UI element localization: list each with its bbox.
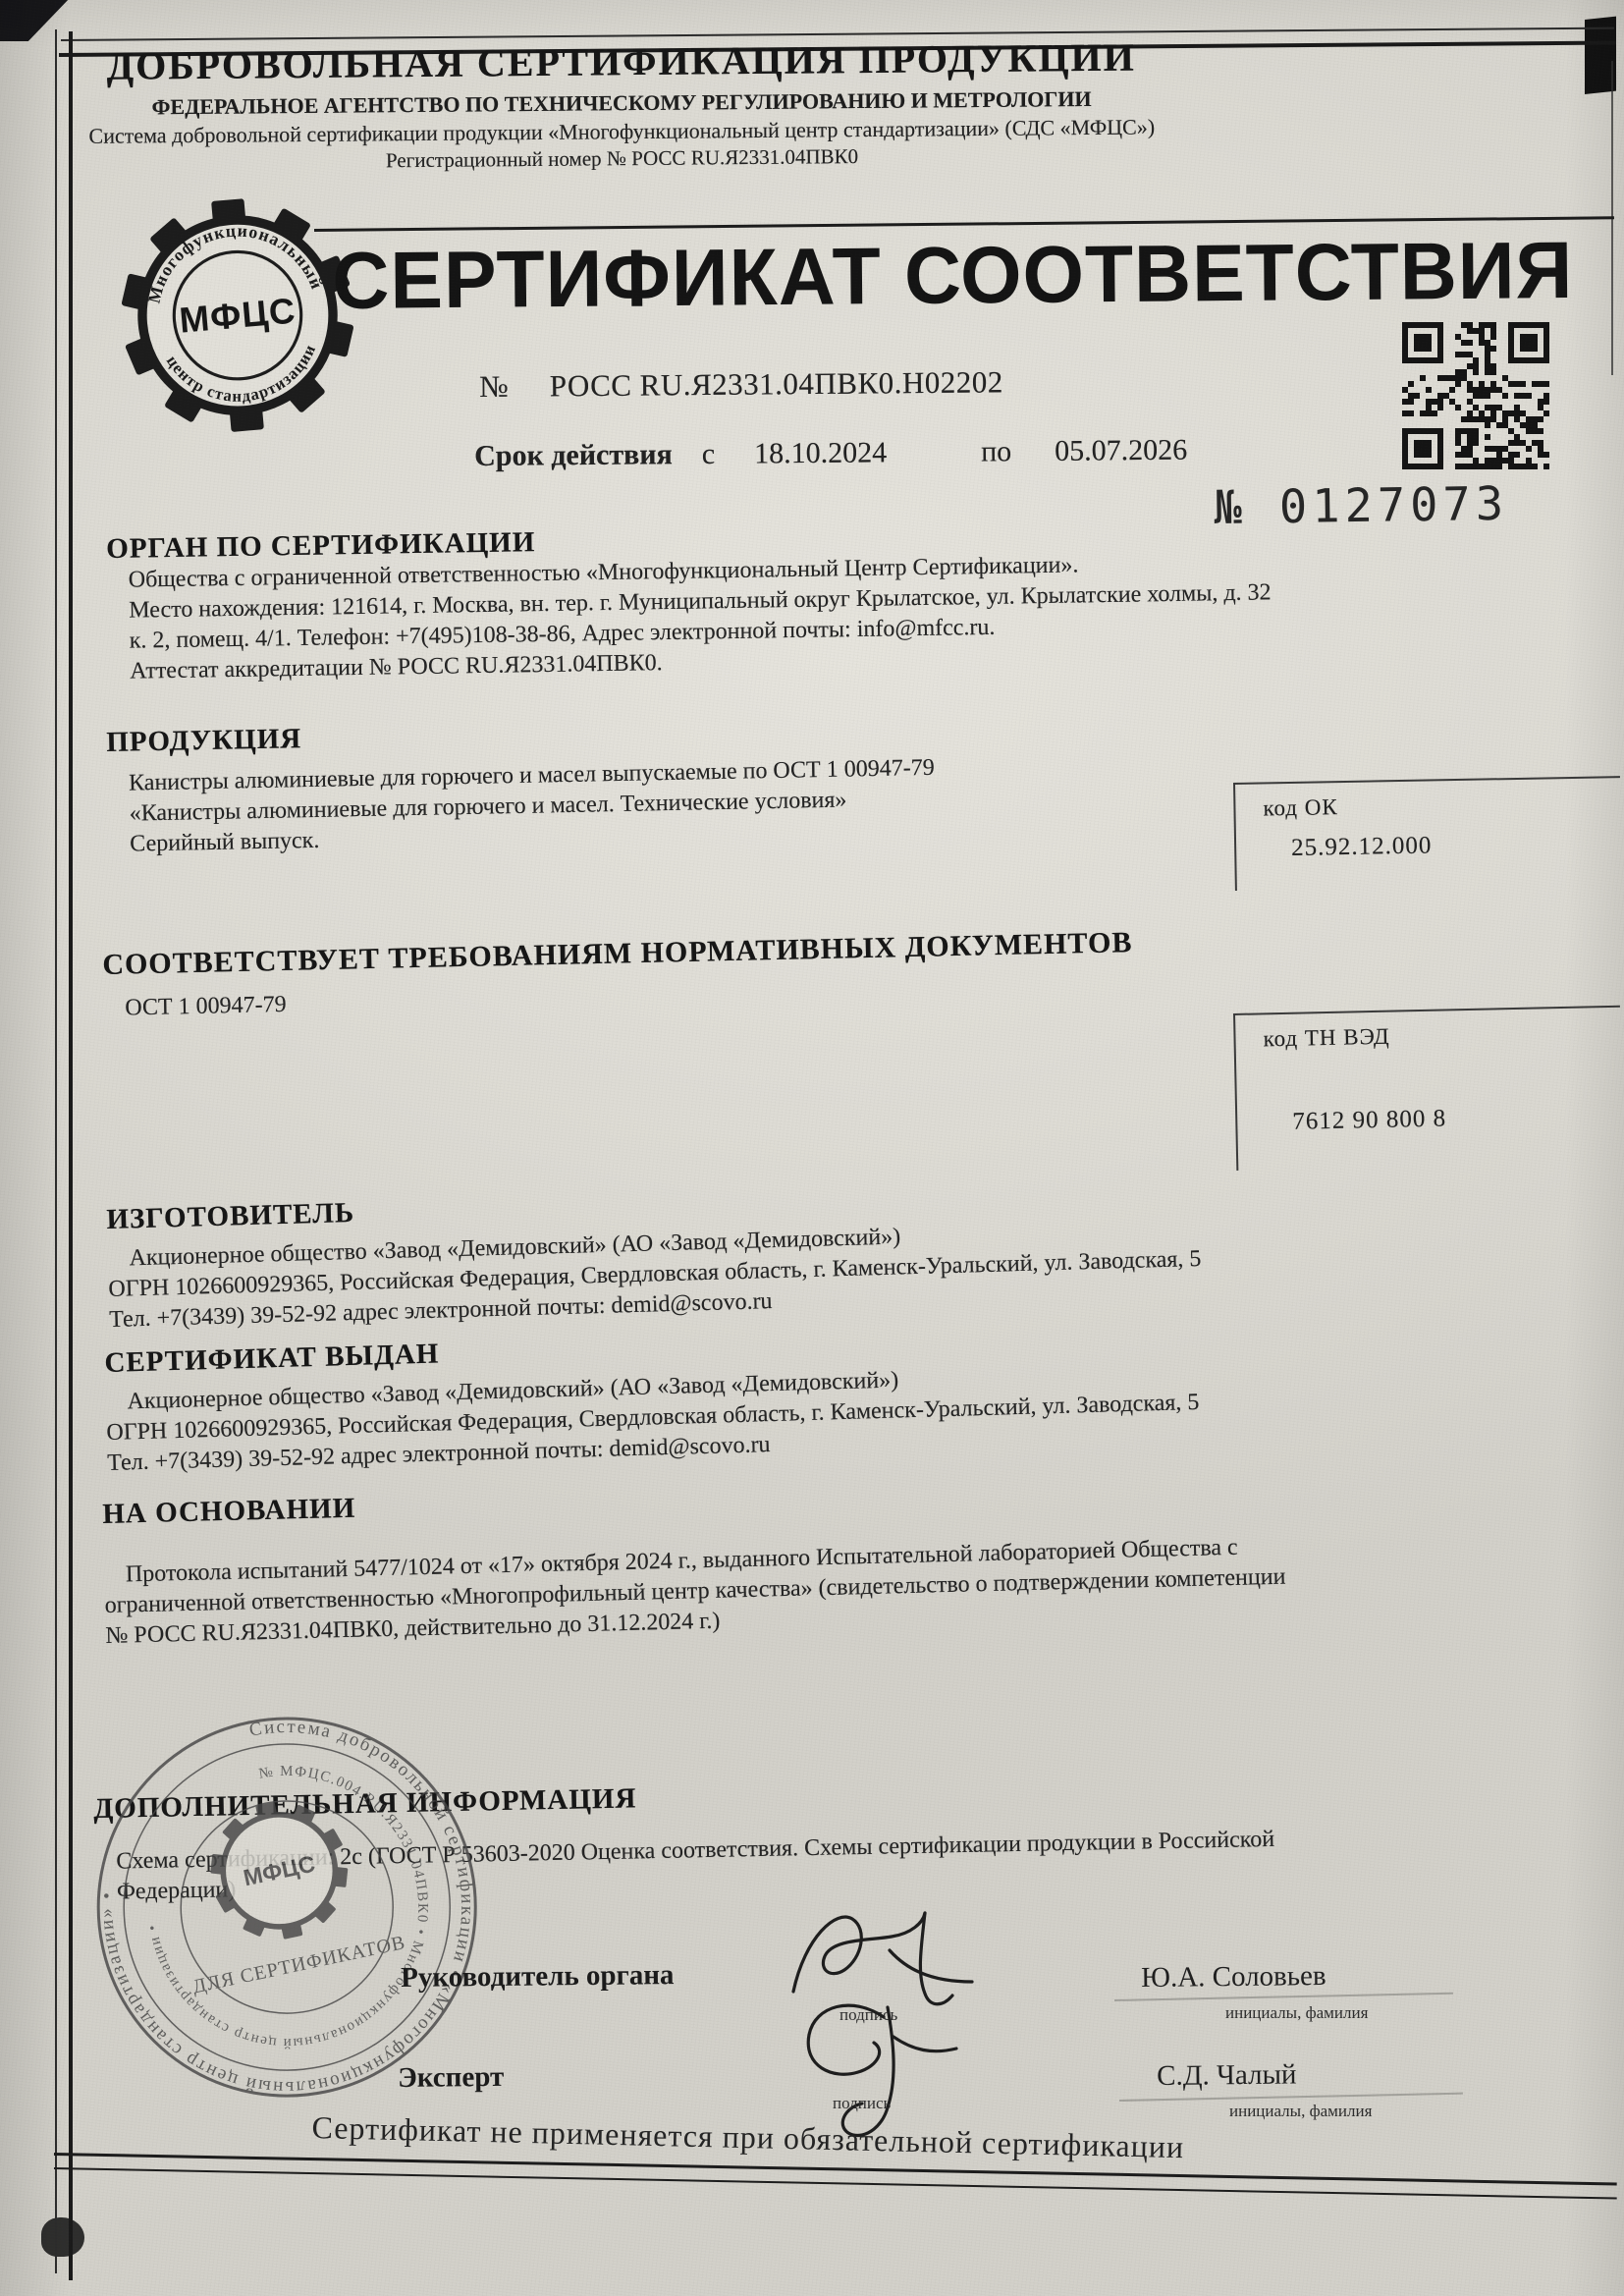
expert-sign-caption: подпись [833, 2094, 891, 2113]
stamp-gear: МФЦС [198, 1790, 359, 1952]
code-ok-box: код ОК 25.92.12.000 [1233, 776, 1622, 891]
mfcs-gear-logo: Многофункциональный центр стандартизации… [110, 188, 365, 443]
head-role: Руководитель органа [401, 1959, 675, 1995]
certificate-title: СЕРТИФИКАТ СООТВЕТСТВИЯ [332, 225, 1574, 328]
expert-name: С.Д. Чалый [1157, 2059, 1297, 2093]
code-ok-label: код ОК [1263, 794, 1338, 821]
section-manufacturer: ИЗГОТОВИТЕЛЬ Акционерное общество «Завод… [106, 1174, 1203, 1336]
code-ok-value: 25.92.12.000 [1291, 832, 1433, 861]
section-issued-to: СЕРТИФИКАТ ВЫДАН Акционерное общество «З… [104, 1317, 1201, 1479]
to-label: по [981, 435, 1011, 467]
expert-role: Эксперт [398, 2061, 504, 2095]
code-tnved-value: 7612 90 800 8 [1292, 1105, 1446, 1135]
scan-corner-mark-top-left [0, 0, 94, 41]
expert-name-caption: инициалы, фамилия [1229, 2102, 1372, 2121]
head-name: Ю.А. Соловьев [1141, 1960, 1326, 1995]
certificate-number: РОСС RU.Я2331.04ПВК0.Н02202 [550, 364, 1003, 403]
code-tnved-label: код ТН ВЭД [1263, 1024, 1390, 1053]
from-date: 18.10.2024 [754, 436, 887, 469]
section-conformity: СООТВЕТСТВУЕТ ТРЕБОВАНИЯМ НОРМАТИВНЫХ ДО… [102, 926, 1134, 1024]
frame-left-line-outer [55, 29, 57, 2273]
certificate-scan: ДОБРОВОЛЬНАЯ СЕРТИФИКАЦИЯ ПРОДУКЦИИ ФЕДЕ… [0, 0, 1624, 2296]
validity-row: Срок действияс18.10.2024по05.07.2026 [474, 434, 1187, 473]
qr-code [1402, 322, 1549, 469]
bottom-line-inner [54, 2167, 1617, 2200]
frame-left-line-inner [69, 31, 73, 2280]
scan-streak [1119, 2093, 1463, 2102]
certificate-number-row: №РОСС RU.Я2331.04ПВК0.Н02202 [479, 364, 1003, 405]
document-header: ДОБРОВОЛЬНАЯ СЕРТИФИКАЦИЯ ПРОДУКЦИИ ФЕДЕ… [79, 33, 1164, 176]
to-date: 05.07.2026 [1055, 434, 1187, 467]
validity-label: Срок действия [474, 438, 673, 472]
head-name-caption: инициалы, фамилия [1225, 2003, 1368, 2023]
code-tnved-box: код ТН ВЭД 7612 90 800 8 [1233, 1006, 1623, 1171]
footer-note: Сертификат не применяется при обязательн… [311, 2109, 1184, 2165]
section-certification-body: ОРГАН ПО СЕРТИФИКАЦИИ Общества с огранич… [106, 515, 1272, 687]
section-basis: НА ОСНОВАНИИ Протокола испытаний 5477/10… [102, 1470, 1287, 1652]
from-label: с [702, 438, 716, 470]
scan-smudge-bottom-left [41, 2217, 84, 2257]
header-title: ДОБРОВОЛЬНАЯ СЕРТИФИКАЦИЯ ПРОДУКЦИИ [79, 33, 1164, 89]
section-product: ПРОДУКЦИЯ Канистры алюминиевые для горюч… [106, 711, 936, 860]
number-sign: № [479, 369, 509, 404]
